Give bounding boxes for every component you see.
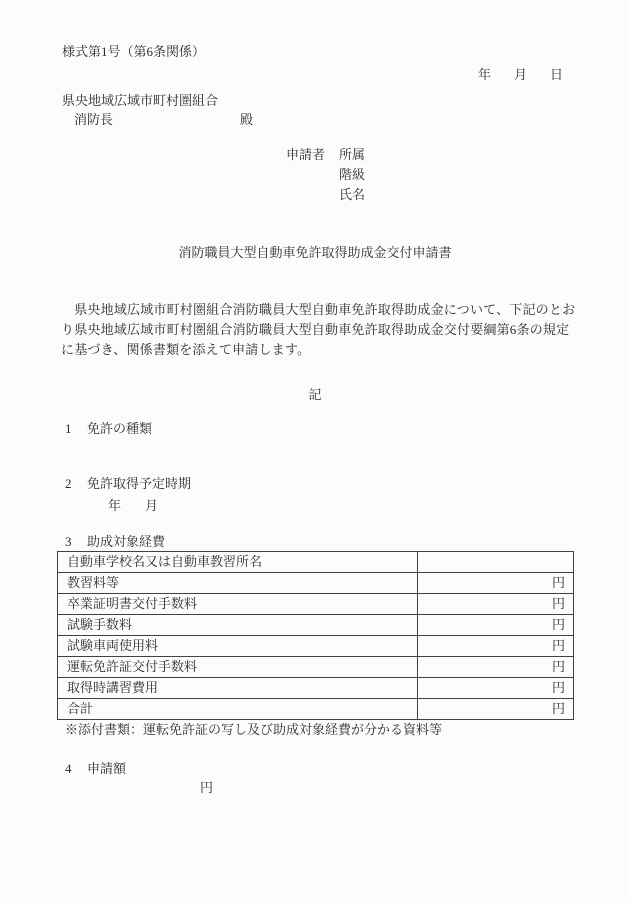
item-license-schedule: 2 免許取得予定時期 [65, 477, 191, 491]
date-month-label: 月 [514, 68, 527, 82]
expense-value-cell: 円 [418, 636, 574, 657]
expense-value-cell: 円 [418, 573, 574, 594]
item-label: 助成対象経費 [87, 535, 165, 549]
applicant-rank-label: 階級 [339, 168, 365, 188]
applicant-affiliation-label: 所属 [339, 148, 365, 168]
item-number: 3 [65, 535, 87, 549]
table-row: 自動車学校名又は自動車教習所名 [58, 552, 574, 573]
table-row: 運転免許証交付手数料 円 [58, 657, 574, 678]
item-label: 免許の種類 [87, 422, 152, 436]
expense-label-cell: 合計 [58, 699, 418, 720]
schedule-year-label: 年 [108, 499, 121, 513]
expense-label-cell: 教習料等 [58, 573, 418, 594]
item-application-amount: 4 申請額 [65, 762, 126, 776]
item-label: 免許取得予定時期 [87, 477, 191, 491]
table-row: 教習料等 円 [58, 573, 574, 594]
applicant-name-label: 氏名 [339, 188, 365, 208]
application-amount-unit: 円 [200, 781, 213, 795]
expense-label-cell: 卒業証明書交付手数料 [58, 594, 418, 615]
date-year-label: 年 [478, 68, 491, 82]
attachment-note: ※添付書類：運転免許証の写し及び助成対象経費が分かる資料等 [65, 723, 442, 737]
expense-value-cell: 円 [418, 657, 574, 678]
item-number: 1 [65, 422, 87, 436]
body-line: 県央地域広域市町村圏組合消防職員大型自動車免許取得助成金について、下記のとお [61, 303, 575, 323]
item-label: 申請額 [87, 762, 126, 776]
expense-label-cell: 試験手数料 [58, 615, 418, 636]
table-row: 取得時講習費用 円 [58, 678, 574, 699]
body-line: り県央地域広域市町村圏組合消防職員大型自動車免許取得助成金交付要綱第6条の規定 [61, 323, 575, 343]
date-line: 年 月 日 [478, 68, 563, 82]
addressee-honorific: 殿 [240, 113, 253, 127]
applicant-label: 申請者 [286, 148, 325, 208]
expense-value-cell: 円 [418, 699, 574, 720]
application-form-page: 様式第1号（第6条関係） 年 月 日 県央地域広域市町村圏組合 消防長 殿 申請… [0, 0, 630, 903]
applicant-fields: 所属 階級 氏名 [339, 148, 365, 208]
item-license-type: 1 免許の種類 [65, 422, 152, 436]
body-line: に基づき、関係書類を添えて申請します。 [61, 343, 575, 363]
table-row: 試験車両使用料 円 [58, 636, 574, 657]
expense-label-cell: 取得時講習費用 [58, 678, 418, 699]
applicant-block: 申請者 所属 階級 氏名 [286, 148, 365, 208]
table-row: 合計 円 [58, 699, 574, 720]
date-day-label: 日 [550, 68, 563, 82]
document-title: 消防職員大型自動車免許取得助成金交付申請書 [0, 246, 630, 260]
expense-label-cell: 運転免許証交付手数料 [58, 657, 418, 678]
item-number: 4 [65, 762, 87, 776]
expense-value-cell: 円 [418, 615, 574, 636]
addressee-organization: 県央地域広域市町村圏組合 [62, 94, 218, 108]
item-subsidized-expenses: 3 助成対象経費 [65, 535, 165, 549]
expense-label-cell: 自動車学校名又は自動車教習所名 [58, 552, 418, 573]
record-mark: 記 [0, 388, 630, 402]
table-row: 試験手数料 円 [58, 615, 574, 636]
form-number: 様式第1号（第6条関係） [62, 45, 205, 59]
expense-value-cell: 円 [418, 678, 574, 699]
table-row: 卒業証明書交付手数料 円 [58, 594, 574, 615]
body-paragraph: 県央地域広域市町村圏組合消防職員大型自動車免許取得助成金について、下記のとお り… [61, 303, 575, 363]
item-license-schedule-date: 年 月 [108, 499, 158, 513]
schedule-month-label: 月 [145, 499, 158, 513]
expense-value-cell: 円 [418, 594, 574, 615]
addressee-post: 消防長 [74, 113, 113, 127]
expense-value-cell [418, 552, 574, 573]
item-number: 2 [65, 477, 87, 491]
expense-table: 自動車学校名又は自動車教習所名 教習料等 円 卒業証明書交付手数料 円 試験手数… [57, 551, 574, 720]
expense-label-cell: 試験車両使用料 [58, 636, 418, 657]
